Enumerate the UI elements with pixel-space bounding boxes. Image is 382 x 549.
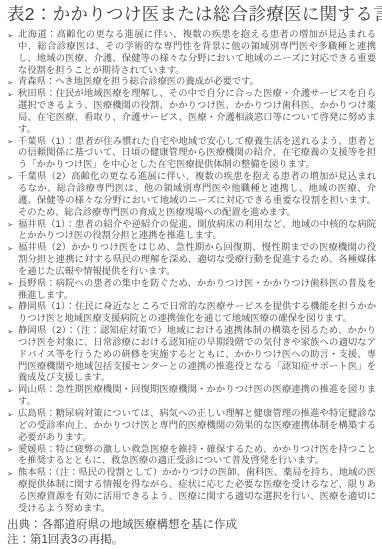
list-item: ➢ 福井県（2）かかりつけ医をはじめ、急性期から回復期、慢性期までの医療機関の役… — [7, 242, 376, 278]
document-page: 表2：かかりつけ医または総合診療医に関する言及 ➢ 北海道：高齢化の更なる進展に… — [0, 0, 382, 549]
list-item: ➢ 広島県：糖尿病対策については、病気への正しい理解と健康管理の推進や特定健診な… — [7, 408, 376, 444]
statement-text: 秋田県：住民が地域医療を理解し、その中で自分に合った医療・介護サービスを自ら選択… — [18, 88, 376, 134]
statement-text: 広島県：糖尿病対策については、病気への正しい理解と健康管理の推進や特定健診などの… — [18, 408, 376, 442]
arrow-bullet-icon: ➢ — [7, 30, 13, 42]
arrow-bullet-icon: ➢ — [7, 136, 13, 148]
statement-text: 北海道：高齢化の更なる進展に伴い、複数の疾患を抱える患者の増加が見込まれる中、総… — [18, 29, 376, 75]
arrow-bullet-icon: ➢ — [7, 77, 13, 89]
arrow-bullet-icon: ➢ — [7, 219, 13, 231]
statement-text: 静岡県（1）：住民に身近なところで日常的な医療サービスを提供する機能を担うかかり… — [18, 301, 376, 323]
page-title: 表2：かかりつけ医または総合診療医に関する言及 — [7, 3, 376, 26]
statement-text: 青森県：へき地医療を担う総合診療医の養成が必要です。 — [18, 76, 259, 86]
statement-text: 岡山県：急性期医療機関・回復期医療機関・かかりつけ医の医療連携の推進を図ります。 — [18, 384, 376, 406]
statement-list: ➢ 北海道：高齢化の更なる進展に伴い、複数の疾患を抱える患者の増加が見込まれる中… — [7, 29, 376, 515]
arrow-bullet-icon: ➢ — [7, 468, 13, 480]
list-item: ➢ 熊本県：（注：県民の役割として）かかりつけの医師、歯科医、薬局を持ち、地域の… — [7, 467, 376, 514]
list-item: ➢ 青森県：へき地医療を担う総合診療医の養成が必要です。 — [7, 76, 376, 88]
list-item: ➢ 秋田県：住民が地域医療を理解し、その中で自分に合った医療・介護サービスを自ら… — [7, 88, 376, 135]
statement-text: 熊本県：（注：県民の役割として）かかりつけの医師、歯科医、薬局を持ち、地域の医療… — [18, 467, 376, 513]
statement-text: 千葉県（2）高齢化の更なる進展に伴い、複数の疾患を抱える患者の増加が見込まれるな… — [18, 171, 376, 217]
statement-text: 福井県（2）かかりつけ医をはじめ、急性期から回復期、慢性期までの医療機関の役割分… — [18, 242, 376, 276]
arrow-bullet-icon: ➢ — [7, 385, 13, 397]
arrow-bullet-icon: ➢ — [7, 302, 13, 314]
footer: 出典：各都道府県の地域医療構想を基に作成 注：第1回表3の再掲。 — [7, 518, 376, 549]
statement-text: 福井県（1）：患者の紹介や逆紹介の促進、開放病床の利用など、地域の中核的な病院と… — [18, 219, 376, 241]
arrow-bullet-icon: ➢ — [7, 172, 13, 184]
arrow-bullet-icon: ➢ — [7, 326, 13, 338]
arrow-bullet-icon: ➢ — [7, 89, 13, 101]
list-item: ➢ 静岡県（2）：（注：認知症対策で）地域における連携体制の構築を図るため、かか… — [7, 325, 376, 384]
arrow-bullet-icon: ➢ — [7, 409, 13, 421]
list-item: ➢ 千葉県（1）：患者が住み慣れた自宅や地域で安心して療養生活を送れるよう、患者… — [7, 136, 376, 172]
list-item: ➢ 千葉県（2）高齢化の更なる進展に伴い、複数の疾患を抱える患者の増加が見込まれ… — [7, 171, 376, 218]
statement-text: 愛媛県：特に疲弊の激しい救急医療を維持・確保するため、かかりつけ医を持つことを推… — [18, 444, 376, 466]
note-line: 注：第1回表3の再掲。 — [7, 533, 376, 549]
list-item: ➢ 長野県：病院への患者の集中を防ぐため、かかりつけ医・かかりつけ歯科医の普及を… — [7, 278, 376, 302]
list-item: ➢ 北海道：高齢化の更なる進展に伴い、複数の疾患を抱える患者の増加が見込まれる中… — [7, 29, 376, 76]
list-item: ➢ 愛媛県：特に疲弊の激しい救急医療を維持・確保するため、かかりつけ医を持つこと… — [7, 444, 376, 468]
list-item: ➢ 福井県（1）：患者の紹介や逆紹介の促進、開放病床の利用など、地域の中核的な病… — [7, 219, 376, 243]
statement-text: 長野県：病院への患者の集中を防ぐため、かかりつけ医・かかりつけ歯科医の普及を推進… — [18, 278, 376, 300]
statement-text: 千葉県（1）：患者が住み慣れた自宅や地域で安心して療養生活を送れるよう、患者との… — [18, 136, 376, 170]
list-item: ➢ 静岡県（1）：住民に身近なところで日常的な医療サービスを提供する機能を担うか… — [7, 301, 376, 325]
source-line: 出典：各都道府県の地域医療構想を基に作成 — [7, 518, 376, 534]
arrow-bullet-icon: ➢ — [7, 243, 13, 255]
statement-text: 静岡県（2）：（注：認知症対策で）地域における連携体制の構築を図るため、かかりつ… — [18, 325, 376, 382]
arrow-bullet-icon: ➢ — [7, 278, 13, 290]
arrow-bullet-icon: ➢ — [7, 444, 13, 456]
list-item: ➢ 岡山県：急性期医療機関・回復期医療機関・かかりつけ医の医療連携の推進を図りま… — [7, 384, 376, 408]
